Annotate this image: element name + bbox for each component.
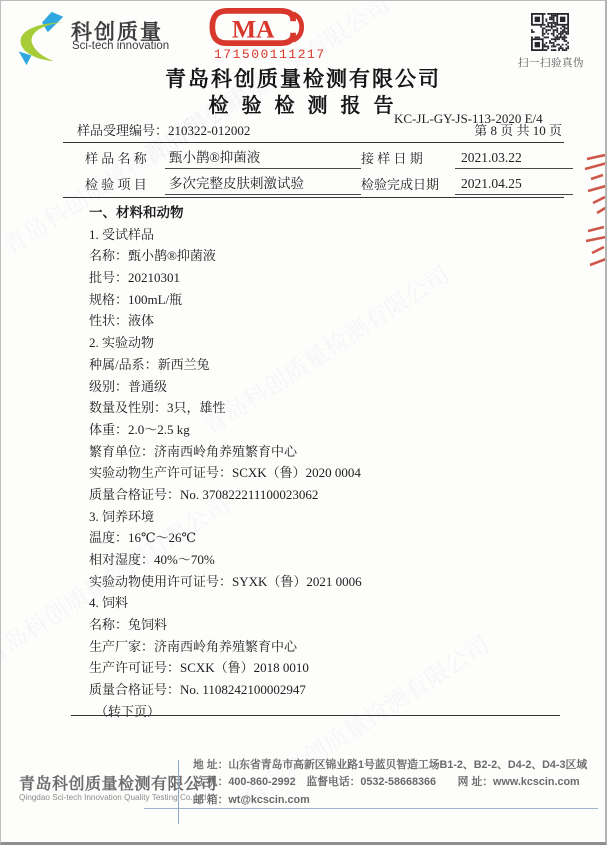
body-line: 实验动物生产许可证号：SCXK（鲁）2020 0004 (89, 462, 569, 484)
test-item-label: 检 验 项 目 (85, 174, 161, 195)
test-item-value: 多次完整皮肤刺激试验 (165, 172, 361, 195)
info-top-row: 样品受理编号：210322-012002 第 8 页 共 10 页 (63, 123, 564, 139)
footer-horizontal-rule (144, 808, 598, 809)
footer-vertical-divider (178, 760, 179, 824)
rule-bottom (63, 197, 564, 198)
continued-note: （转下页） (89, 701, 569, 723)
brand-name-en: Sci-tech innovation (72, 40, 169, 52)
body-line: 名称：甄小鹊®抑菌液 (89, 245, 569, 267)
body-line: 质量合格证号：No. 370822211100023062 (89, 484, 569, 506)
footer-email: 邮 箱：wt@kcscin.com (193, 792, 597, 809)
body-line: 繁育单位：济南西岭角养殖繁育中心 (89, 441, 569, 463)
body-line: 4. 饲料 (89, 592, 569, 614)
footer-company-name-en: Qingdao Sci-tech Innovation Quality Test… (19, 793, 209, 802)
report-page: 青岛科创质量检测有限公司 青岛科创质量检测有限公司 青岛科创质量检测有限公司 青… (0, 0, 607, 845)
body-line: 种属/品系：新西兰兔 (89, 354, 569, 376)
body-line: 3. 饲养环境 (89, 506, 569, 528)
finish-date-label: 检验完成日期 (361, 174, 455, 195)
table-row: 检 验 项 目 多次完整皮肤刺激试验 检验完成日期 2021.04.25 (63, 169, 564, 195)
footer-phones: 总 机：400-860-2992 监督电话：0532-58668366 网 址：… (193, 774, 597, 791)
sample-name-value: 甄小鹊®抑菌液 (165, 146, 361, 169)
body-line: 生产许可证号：SCXK（鲁）2018 0010 (89, 657, 569, 679)
footer-contact-block: 地 址：山东省青岛市高新区锦业路1号蓝贝智造工场B1-2、B2-2、D4-2、D… (193, 757, 597, 809)
sample-name-label: 样 品 名 称 (85, 148, 161, 169)
body-line: 名称：兔饲料 (89, 614, 569, 636)
body-line: 温度：16℃～26℃ (89, 527, 569, 549)
body-line: 数量及性别：3只，雄性 (89, 397, 569, 419)
body-line: 批号：20210301 (89, 267, 569, 289)
body-line: 性状：液体 (89, 310, 569, 332)
body-line: 1. 受试样品 (89, 224, 569, 246)
report-body: 一、材料和动物 1. 受试样品 名称：甄小鹊®抑菌液 批号：20210301 规… (89, 202, 569, 723)
body-line: 生产厂家：济南西岭角养殖繁育中心 (89, 636, 569, 658)
page-indicator: 第 8 页 共 10 页 (474, 120, 562, 139)
body-line: 相对湿度：40%～70% (89, 549, 569, 571)
cma-mark-icon: MA (209, 8, 305, 46)
body-line: 级别：普通级 (89, 376, 569, 398)
sample-info-table: 样品受理编号：210322-012002 第 8 页 共 10 页 样 品 名 … (63, 123, 564, 198)
qr-code (531, 13, 569, 51)
table-row: 样 品 名 称 甄小鹊®抑菌液 接 样 日 期 2021.03.22 (63, 143, 564, 169)
finish-date-value: 2021.04.25 (455, 176, 573, 195)
svg-text:科创: 科创 (36, 35, 48, 43)
acceptance-value: 210322-012002 (168, 123, 250, 138)
svg-text:MA: MA (232, 14, 275, 43)
body-end-rule (71, 715, 560, 716)
body-line: 规格：100mL/瓶 (89, 289, 569, 311)
body-line: 体重：2.0～2.5 kg (89, 419, 569, 441)
page-seal-fragment-icon (584, 225, 607, 273)
receive-date-value: 2021.03.22 (455, 150, 573, 169)
cma-number: 171500111217 (214, 47, 326, 62)
section-heading: 一、材料和动物 (89, 202, 569, 224)
brand-logo-icon: 科创 (13, 9, 71, 67)
receive-date-label: 接 样 日 期 (361, 148, 455, 169)
acceptance-number: 样品受理编号：210322-012002 (77, 120, 250, 139)
body-line: 质量合格证号：No. 1108242100002947 (89, 679, 569, 701)
body-line: 实验动物使用许可证号：SYXK（鲁）2021 0006 (89, 571, 569, 593)
acceptance-label: 样品受理编号： (77, 123, 168, 138)
body-line: 2. 实验动物 (89, 332, 569, 354)
footer-address: 地 址：山东省青岛市高新区锦业路1号蓝贝智造工场B1-2、B2-2、D4-2、D… (193, 757, 597, 774)
footer-company-name: 青岛科创质量检测有限公司 (19, 771, 217, 794)
page-seal-fragment-icon (583, 153, 607, 215)
